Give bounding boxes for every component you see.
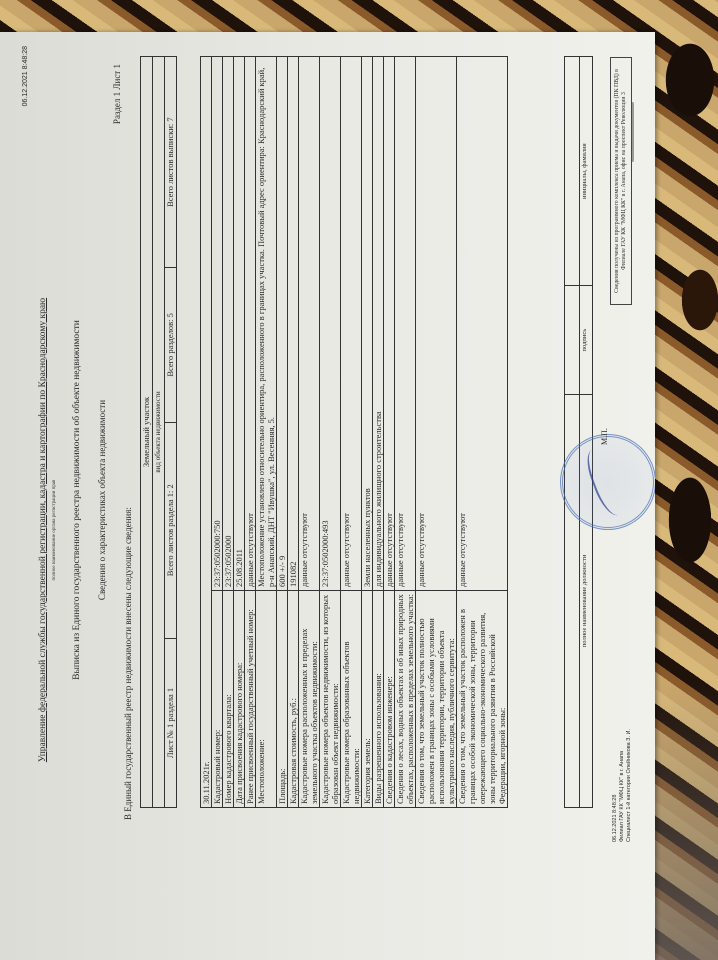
table-row: Сведения о кадастровом инженере:данные о…: [384, 57, 395, 808]
table-row: Кадастровые номера объектов недвижимости…: [320, 57, 341, 808]
row-value: 191082: [288, 57, 299, 591]
row-label: Номер кадастрового квартала:: [223, 591, 234, 808]
row-label: Сведения о том, что земельный участок по…: [416, 591, 457, 808]
footer-specialist: Специалист 1-й категории Олейникова З. И…: [626, 729, 633, 842]
row-value: 23:37:0502000: [223, 57, 234, 591]
table-row: Сведения о лесах, водных объектах и об и…: [395, 57, 416, 808]
table-row: Дата присвоения кадастрового номера:25.0…: [234, 57, 245, 808]
name-caption: инициалы, фамилия: [580, 57, 593, 286]
signature-scribble: [582, 444, 631, 519]
row-value: 23:37:0502000:493: [320, 57, 341, 591]
row-value: Местоположение установлено относительно …: [256, 57, 277, 591]
row-value: 600 +/- 9: [277, 57, 288, 591]
row-label: Сведения о том, что земельный участок ра…: [457, 591, 508, 808]
row-label: Кадастровые номера образованных объектов…: [341, 591, 362, 808]
table-row: Категория земель:Земли населенных пункто…: [362, 57, 373, 808]
table-row: Площадь:600 +/- 9: [277, 57, 288, 808]
row-label: Кадастровые номера расположенных в преде…: [299, 591, 320, 808]
row-label: Кадастровая стоимость, руб.:: [288, 591, 299, 808]
table-row: 30.11.2021г.: [201, 57, 212, 808]
table-row: Кадастровый номер:23:37:0502000:750: [212, 57, 223, 808]
table-row: Сведения о том, что земельный участок ра…: [457, 57, 508, 808]
organization-caption: полное наименование органа регистрации п…: [52, 250, 57, 810]
section-reference: Раздел 1 Лист 1: [112, 64, 122, 124]
row-value: данные отсутствуют: [245, 57, 256, 591]
table-row: Кадастровые номера расположенных в преде…: [299, 57, 320, 808]
row-value: 23:37:0502000:750: [212, 57, 223, 591]
row-label: Кадастровый номер:: [212, 591, 223, 808]
intro-text: В Единый государственный реестр недвижим…: [123, 507, 133, 820]
footer: 06.12.2021 8:48:28 Филиал ГАУ КК "МФЦ КК…: [612, 729, 633, 842]
object-type: Земельный участок: [141, 57, 153, 808]
row-value: данные отсутствуют: [299, 57, 320, 591]
signature-table: полное наименование должности подпись ин…: [564, 56, 593, 808]
table-row: Кадастровая стоимость, руб.:191082: [288, 57, 299, 808]
seal-mark: М.П.: [600, 428, 609, 445]
row-value: данные отсутствуют: [395, 57, 416, 591]
organization-name: Управление федеральной службы государств…: [38, 250, 48, 810]
row-value: Земли населенных пунктов: [362, 57, 373, 591]
footer-datetime: 06.12.2021 8:48:28: [612, 729, 619, 842]
row-label: Ранее присвоенный государственный учетны…: [245, 591, 256, 808]
row-value: данные отсутствуют: [416, 57, 457, 591]
table-row: Номер кадастрового квартала:23:37:050200…: [223, 57, 234, 808]
row-label: Сведения о кадастровом инженере:: [384, 591, 395, 808]
row-label: Дата присвоения кадастрового номера:: [234, 591, 245, 808]
print-datetime: 06.12.2021 8:48:28: [22, 46, 29, 106]
row-label: Площадь:: [277, 591, 288, 808]
document-title: Выписка из Единого государственного реес…: [72, 200, 82, 800]
row-value: данные отсутствуют: [384, 57, 395, 591]
table-row: Кадастровые номера образованных объектов…: [341, 57, 362, 808]
registry-extract-page: 06.12.2021 8:48:28 Управление федерально…: [0, 32, 655, 960]
row-label: Виды разрешенного использования:: [373, 591, 384, 808]
characteristics-table: 30.11.2021г.Кадастровый номер:23:37:0502…: [200, 56, 508, 808]
row-value: данные отсутствуют: [457, 57, 508, 591]
official-stamp: [560, 434, 655, 530]
footer-office: Филиал ГАУ КК "МФЦ КК" в г. Анапа: [619, 729, 626, 842]
row-label: Кадастровые номера объектов недвижимости…: [320, 591, 341, 808]
sheet-number: Лист № 1 раздела 1: [165, 639, 177, 808]
row-value: 25.08.2011: [234, 57, 245, 591]
row-label: Сведения о лесах, водных объектах и об и…: [395, 591, 416, 808]
header-table: Земельный участок вид объекта недвижимос…: [140, 56, 177, 808]
row-date: 30.11.2021г.: [201, 57, 212, 808]
row-label: Местоположение:: [256, 591, 277, 808]
table-row: Сведения о том, что земельный участок по…: [416, 57, 457, 808]
object-type-caption: вид объекта недвижимости: [153, 57, 165, 808]
source-note: Сведения получены из программного компле…: [610, 57, 632, 305]
row-label: Категория земель:: [362, 591, 373, 808]
signature-caption: подпись: [580, 286, 593, 395]
table-row: Ранее присвоенный государственный учетны…: [245, 57, 256, 808]
table-row: Местоположение:Местоположение установлен…: [256, 57, 277, 808]
sheets-total: Всего листов выписки: 7: [165, 57, 177, 268]
document-sheet: 06.12.2021 8:48:28 Управление федерально…: [0, 32, 655, 960]
sections-total: Всего разделов: 5: [165, 268, 177, 422]
row-value: для индивидуального жилищного строительс…: [373, 57, 384, 591]
row-value: данные отсутствуют: [341, 57, 362, 591]
section-title: Сведения о характеристиках объекта недви…: [97, 200, 107, 800]
table-row: Виды разрешенного использования:для инди…: [373, 57, 384, 808]
sheets-in-section: Всего листов раздела 1: 2: [165, 422, 177, 639]
